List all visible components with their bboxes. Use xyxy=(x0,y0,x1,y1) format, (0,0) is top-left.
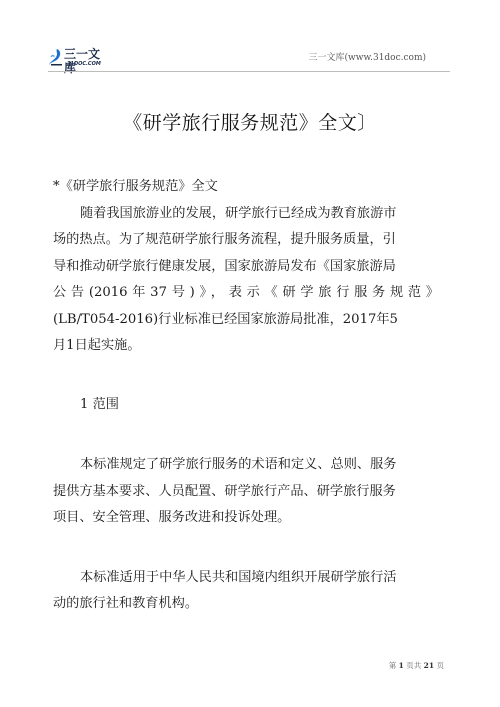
document-body: *《研学旅行服务规范》全文 随着我国旅游业的发展，研学旅行已经成为教育旅游市 场… xyxy=(53,174,439,618)
page-footer: 第 1 页共 21 页 xyxy=(389,660,444,671)
paragraph-line: 公告(2016年37号)》，表示《研学旅行服务规范》 xyxy=(53,280,439,307)
logo-swoosh-icon xyxy=(48,48,62,66)
document-title: 《研学旅行服务规范》全文〕 xyxy=(0,108,500,135)
paragraph-line: 本标准适用于中华人民共和国境内组织开展研学旅行活 xyxy=(53,565,439,592)
paragraph-line: 导和推动研学旅行健康发展，国家旅游局发布《国家旅游局 xyxy=(53,254,439,281)
total-page-count: 21 xyxy=(424,661,434,670)
footer-middle: 页共 xyxy=(406,661,421,670)
spacer xyxy=(53,360,439,392)
section-heading: 1 范围 xyxy=(53,392,439,419)
current-page-number: 1 xyxy=(399,661,404,670)
site-logo[interactable]: 三一文库 31DOC.COM xyxy=(48,47,110,69)
paragraph-line: 随着我国旅游业的发展，研学旅行已经成为教育旅游市 xyxy=(53,201,439,228)
paragraph-line: 本标准规定了研学旅行服务的术语和定义、总则、服务 xyxy=(53,452,439,479)
footer-suffix: 页 xyxy=(437,661,445,670)
paragraph-line: 动的旅行社和教育机构。 xyxy=(53,591,439,618)
paragraph-scope: 本标准规定了研学旅行服务的术语和定义、总则、服务 提供方基本要求、人员配置、研学… xyxy=(53,452,439,532)
paragraph-line: 提供方基本要求、人员配置、研学旅行产品、研学旅行服务 xyxy=(53,479,439,506)
paragraph-line: 月1日起实施。 xyxy=(53,333,439,360)
spacer xyxy=(53,532,439,565)
site-link[interactable]: 三一文库(www.31doc.com) xyxy=(309,50,426,63)
footer-prefix: 第 xyxy=(389,661,397,670)
subtitle: *《研学旅行服务规范》全文 xyxy=(53,174,439,201)
logo-text-en: 31DOC.COM xyxy=(67,61,101,67)
paragraph-line: 场的热点。为了规范研学旅行服务流程，提升服务质量，引 xyxy=(53,227,439,254)
paragraph-line: (LB/T054-2016)行业标准已经国家旅游局批准，2017年5 xyxy=(53,307,439,334)
spacer xyxy=(53,418,439,452)
paragraph-intro: 随着我国旅游业的发展，研学旅行已经成为教育旅游市 场的热点。为了规范研学旅行服务… xyxy=(53,201,439,360)
header-divider xyxy=(48,71,450,72)
paragraph-line: 项目、安全管理、服务改进和投诉处理。 xyxy=(53,505,439,532)
paragraph-applicability: 本标准适用于中华人民共和国境内组织开展研学旅行活 动的旅行社和教育机构。 xyxy=(53,565,439,618)
